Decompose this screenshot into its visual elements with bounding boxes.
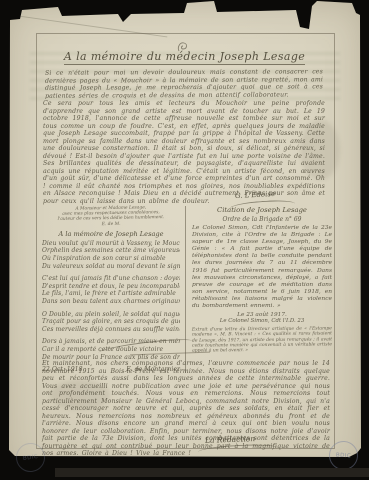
stamp-text: BDIC: [336, 452, 352, 459]
verse-line: Traçait pour sa gloire, en ses croquis d…: [42, 318, 180, 326]
verse-line: D'esprit tendre et doux, le peu incompar…: [42, 283, 180, 291]
intro-paragraph: Si ce n'était pour moi un devoir doulour…: [45, 68, 323, 99]
verse-line: Le fils, l'ami, le frère et l'artiste ad…: [42, 290, 180, 298]
verse-line: Orphelin des semaines cette âme vigoureu…: [42, 247, 180, 255]
letter-extract-note: Extrait d'une lettre du Directeur artist…: [192, 327, 332, 355]
flourish-ornament-icon: [176, 38, 190, 50]
verse-line: Du valeureux soldat au moral devant le s…: [42, 263, 180, 271]
scanned-document-photo: A la mémoire du médecin Joseph Lesage Si…: [0, 0, 369, 480]
main-obituary-paragraph: Ce sera pour tous les amis et lecteurs d…: [43, 100, 325, 205]
redaction-signature: La Rédaction: [205, 434, 255, 445]
stamp-text: BDIC: [23, 453, 39, 461]
verse-line: Dieu voulut qu'il mourût à Vasseny, le M…: [42, 240, 180, 248]
citation-signature: Le Colonel Simon, Cdt l'I.D. 23: [192, 318, 332, 324]
citation-column: Citation de Joseph Lesage Ordre de la Br…: [186, 206, 332, 373]
verse-line: Où l'inspiration de son cœur si aimable: [42, 255, 180, 263]
verse-line: C'est lui qui jamais fit d'une chanson :…: [42, 275, 180, 283]
closing-paragraph: Et maintenant, nos chers compagnons d'ar…: [42, 360, 330, 458]
poem-stanza: C'est lui qui jamais fit d'une chanson :…: [42, 275, 180, 305]
citation-subtitle: Ordre de la Brigade n° 69: [192, 216, 332, 223]
page-title: A la mémoire du médecin Joseph Lesage: [0, 50, 369, 63]
dedication-block: A Monsieur et Madame Lesage, avec mes pl…: [42, 205, 180, 228]
poem-stanza: Ô Double, au plein soleil, le soldat qui…: [42, 311, 180, 334]
citation-body: Le Colonel Simon, Cdt l'Infanterie de la…: [192, 225, 332, 310]
verse-line: Ces merveilles déjà connues au souffle v…: [42, 326, 180, 334]
poem-title: A la mémoire de Joseph Lesage: [42, 230, 180, 238]
adjacent-page-edge: [55, 468, 369, 477]
manuscript-paper-sheet: A la mémoire du médecin Joseph Lesage Si…: [0, 0, 369, 480]
poem-stanza: Dieu voulut qu'il mourût à Vasseny, le M…: [42, 240, 180, 270]
citation-title: Citation de Joseph Lesage: [192, 206, 332, 214]
verse-line: Dans son beau talent aux charmes origina…: [42, 298, 180, 306]
two-column-section: A Monsieur et Madame Lesage, avec mes pl…: [42, 206, 332, 373]
verse-line: Ô Double, au plein soleil, le soldat qui…: [42, 311, 180, 319]
